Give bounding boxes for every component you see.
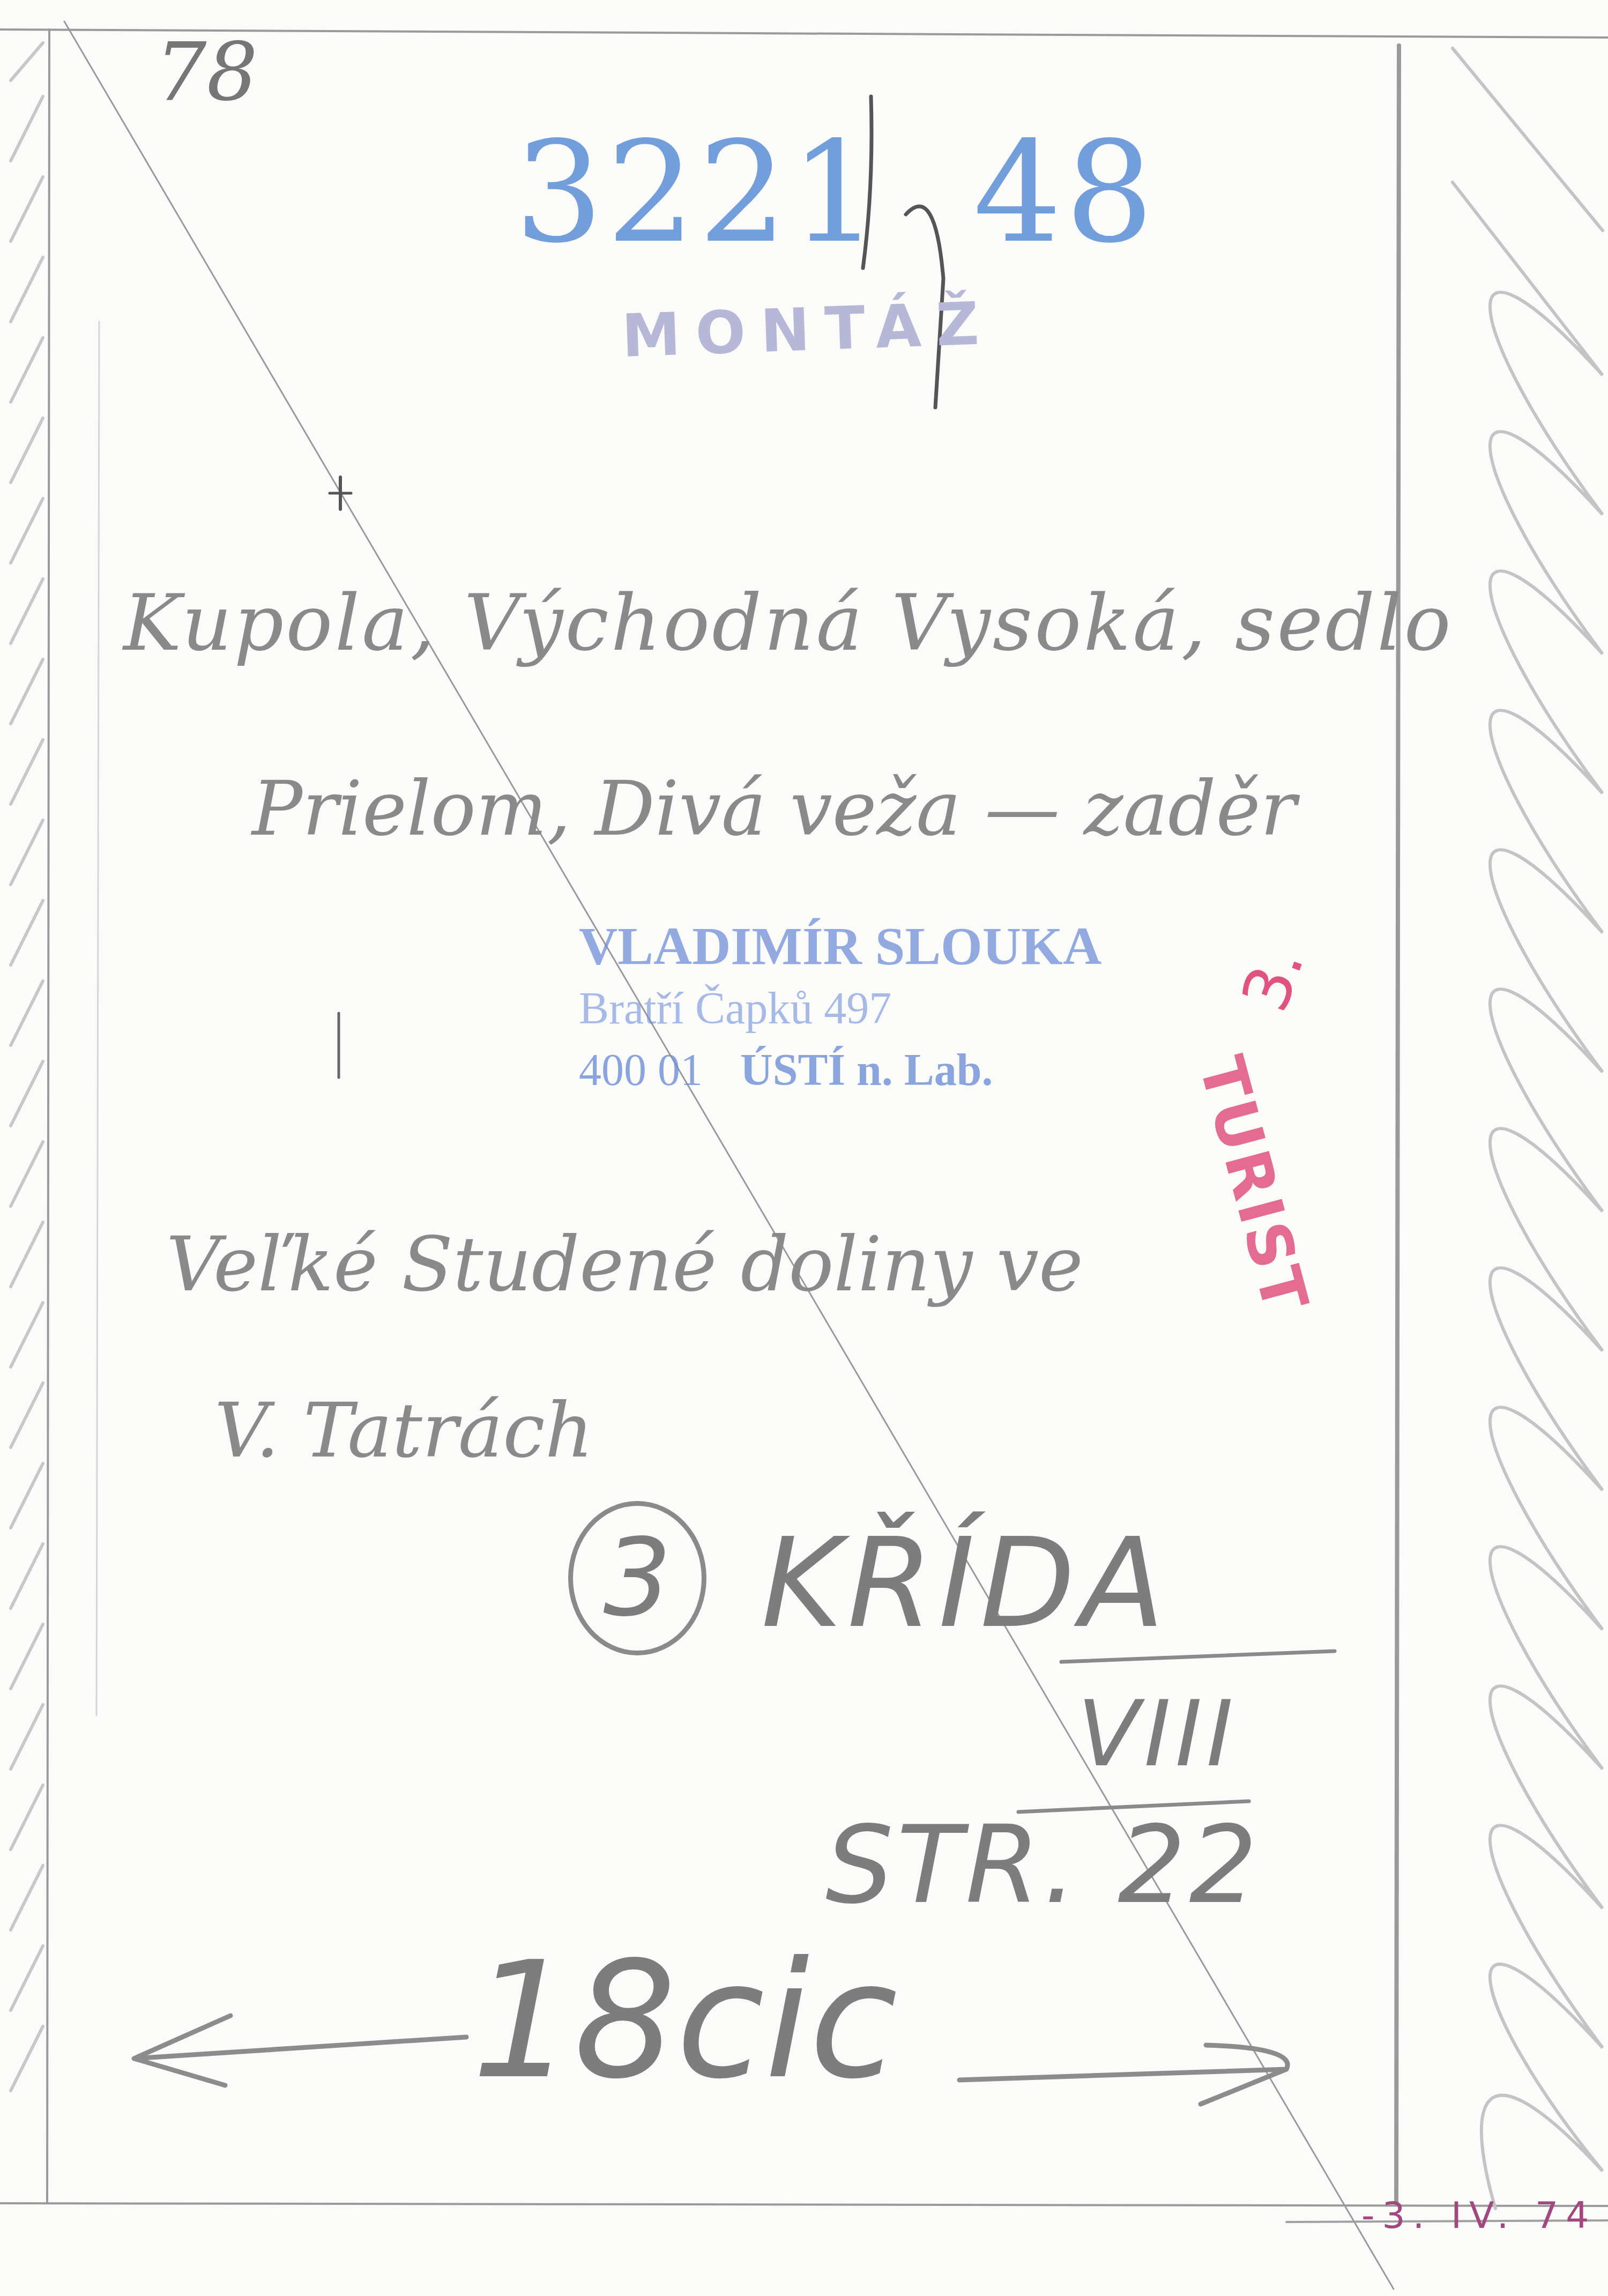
caption-line-4: V. Tatrách [214, 1394, 593, 1469]
left-zigzag-mark [11, 43, 43, 2091]
left-border-line [47, 29, 49, 2203]
author-name: KŘÍDA [761, 1522, 1170, 1646]
caption-line-1: Kupola, Východná Vysoká, sedlo [123, 584, 1453, 662]
date-stamp: -3. IV. 74 [1361, 2198, 1597, 2234]
caption-line-2: Prielom, Divá veža — zaděr [252, 772, 1296, 847]
montaz-stamp: MONTÁŽ [621, 294, 995, 366]
photographer-postcode: 400 01 [579, 1045, 703, 1095]
archive-number-part2: 48 [973, 112, 1157, 274]
inner-left-guide [96, 322, 99, 1715]
right-border-line [1396, 46, 1399, 2203]
photographer-street: Bratří Čapků 497 [579, 986, 891, 1031]
caption-line-3: Veľké Studené doliny ve [166, 1228, 1083, 1303]
reference-number: 78 [155, 32, 258, 113]
volume-number: VIII [1077, 1689, 1238, 1780]
page-number: STR. 22 [825, 1812, 1261, 1919]
photographer-city: ÚSTÍ n. Lab. [740, 1045, 993, 1095]
photographer-city-line: 400 01ÚSTÍ n. Lab. [579, 1048, 993, 1093]
width-note: 18cic [472, 1941, 898, 2101]
left-arrow-icon [134, 2016, 466, 2085]
circled-number: 3 [568, 1501, 706, 1655]
archive-number-part1: 3221 [515, 112, 882, 274]
right-arrow-icon [959, 2045, 1287, 2104]
right-zigzag-mark [1453, 48, 1603, 2209]
archive-number-stamp: 322148 [515, 123, 1157, 263]
photographer-name: VLADIMÍR SLOUKA [579, 919, 1101, 973]
